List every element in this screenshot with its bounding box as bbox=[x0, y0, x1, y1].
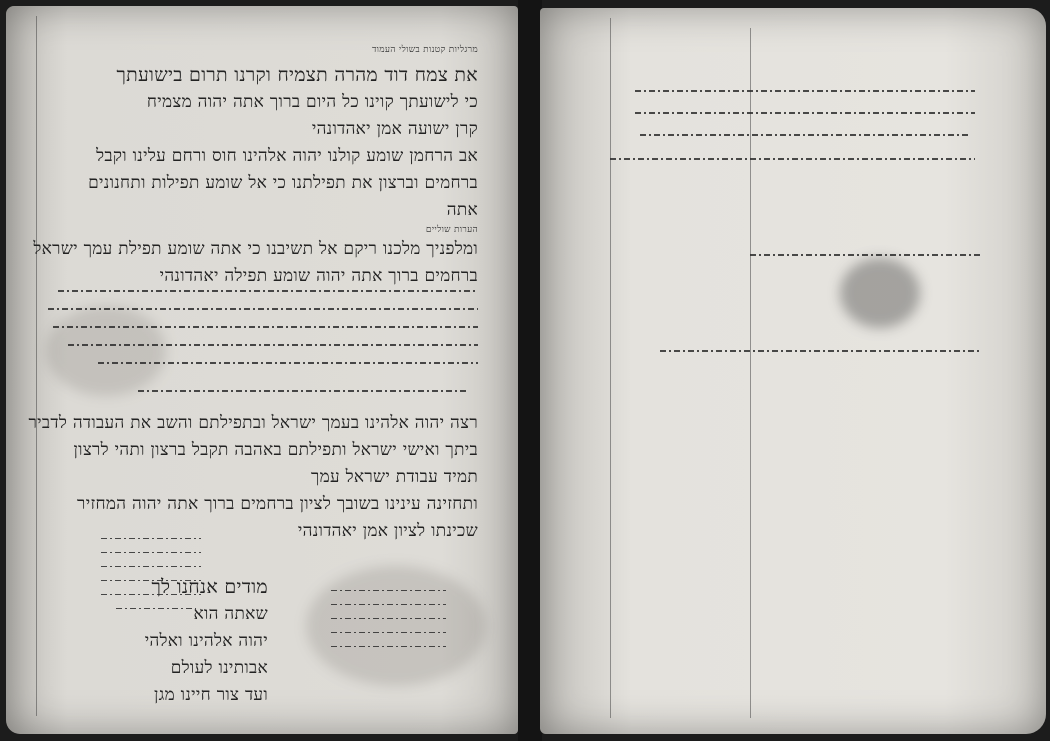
small-script-line bbox=[68, 344, 478, 346]
small-script-line bbox=[138, 390, 468, 392]
main-text-lower: רצה יהוה אלהינו בעמך ישראל ובתפילתם והשב… bbox=[38, 410, 478, 545]
page-ruling bbox=[36, 16, 37, 716]
text-line: יהוה אלהינו ואלהי bbox=[108, 628, 268, 655]
cursive-line bbox=[635, 112, 975, 114]
small-script-line bbox=[48, 308, 478, 310]
text-line: את צמח דוד מהרה תצמיח וקרנו תרום בישועתך bbox=[38, 62, 478, 89]
text-line: ברחמים וברצון את תפילתנו כי אל שומע תפיל… bbox=[38, 170, 478, 197]
text-line: תמיד עבודת ישראל עמך bbox=[38, 464, 478, 491]
text-line: ומלפניך מלכנו ריקם אל תשיבנו כי אתה שומע… bbox=[38, 236, 478, 263]
book-spine-gutter bbox=[518, 0, 542, 741]
cursive-line bbox=[660, 350, 980, 352]
text-line: אבותינו לעולם bbox=[108, 655, 268, 682]
text-line: שכינתו לציון אמן יאהדונהי bbox=[38, 518, 478, 545]
cursive-line bbox=[635, 90, 975, 92]
text-line: ותחזינה עינינו בשובך לציון ברחמים ברוך א… bbox=[38, 491, 478, 518]
text-line: רצה יהוה אלהינו בעמך ישראל ובתפילתם והשב… bbox=[38, 410, 478, 437]
left-manuscript-page: מרגליות קטנות בשולי העמוד את צמח דוד מהר… bbox=[6, 6, 518, 734]
page-ruling bbox=[610, 18, 611, 718]
text-line: קרן ישועה אמן יאהדונהי bbox=[38, 116, 478, 143]
small-script-line bbox=[98, 362, 478, 364]
text-line: אב הרחמן שומע קולנו יהוה אלהינו חוס ורחם… bbox=[38, 143, 478, 170]
right-manuscript-page bbox=[540, 8, 1046, 734]
stain bbox=[46, 306, 166, 396]
small-script-line bbox=[58, 290, 478, 292]
stain bbox=[306, 566, 486, 686]
cursive-line bbox=[750, 254, 980, 256]
text-line: כי לישועתך קוינו כל היום ברוך אתה יהוה מ… bbox=[38, 89, 478, 116]
marginal-note: הערות שוליים bbox=[38, 224, 478, 236]
marginal-note: מרגליות קטנות בשולי העמוד bbox=[372, 44, 478, 56]
top-note: מרגליות קטנות בשולי העמוד bbox=[372, 44, 478, 56]
text-line: ועד צור חיינו מגן bbox=[108, 682, 268, 709]
text-line: ביתך ואישי ישראל ותפילתם באהבה תקבל ברצו… bbox=[38, 437, 478, 464]
ink-blot bbox=[840, 258, 920, 328]
text-line: מודים אנחנו לך bbox=[108, 574, 268, 601]
page-crease bbox=[750, 28, 751, 718]
cursive-line bbox=[610, 158, 975, 160]
small-script-line bbox=[53, 326, 478, 328]
main-text-upper: את צמח דוד מהרה תצמיח וקרנו תרום בישועתך… bbox=[38, 62, 478, 290]
text-line: אתה bbox=[38, 197, 478, 224]
text-line: שאתה הוא bbox=[108, 601, 268, 628]
cursive-line bbox=[640, 134, 970, 136]
text-line: ברחמים ברוך אתה יהוה שומע תפילה יאהדונהי bbox=[38, 263, 478, 290]
